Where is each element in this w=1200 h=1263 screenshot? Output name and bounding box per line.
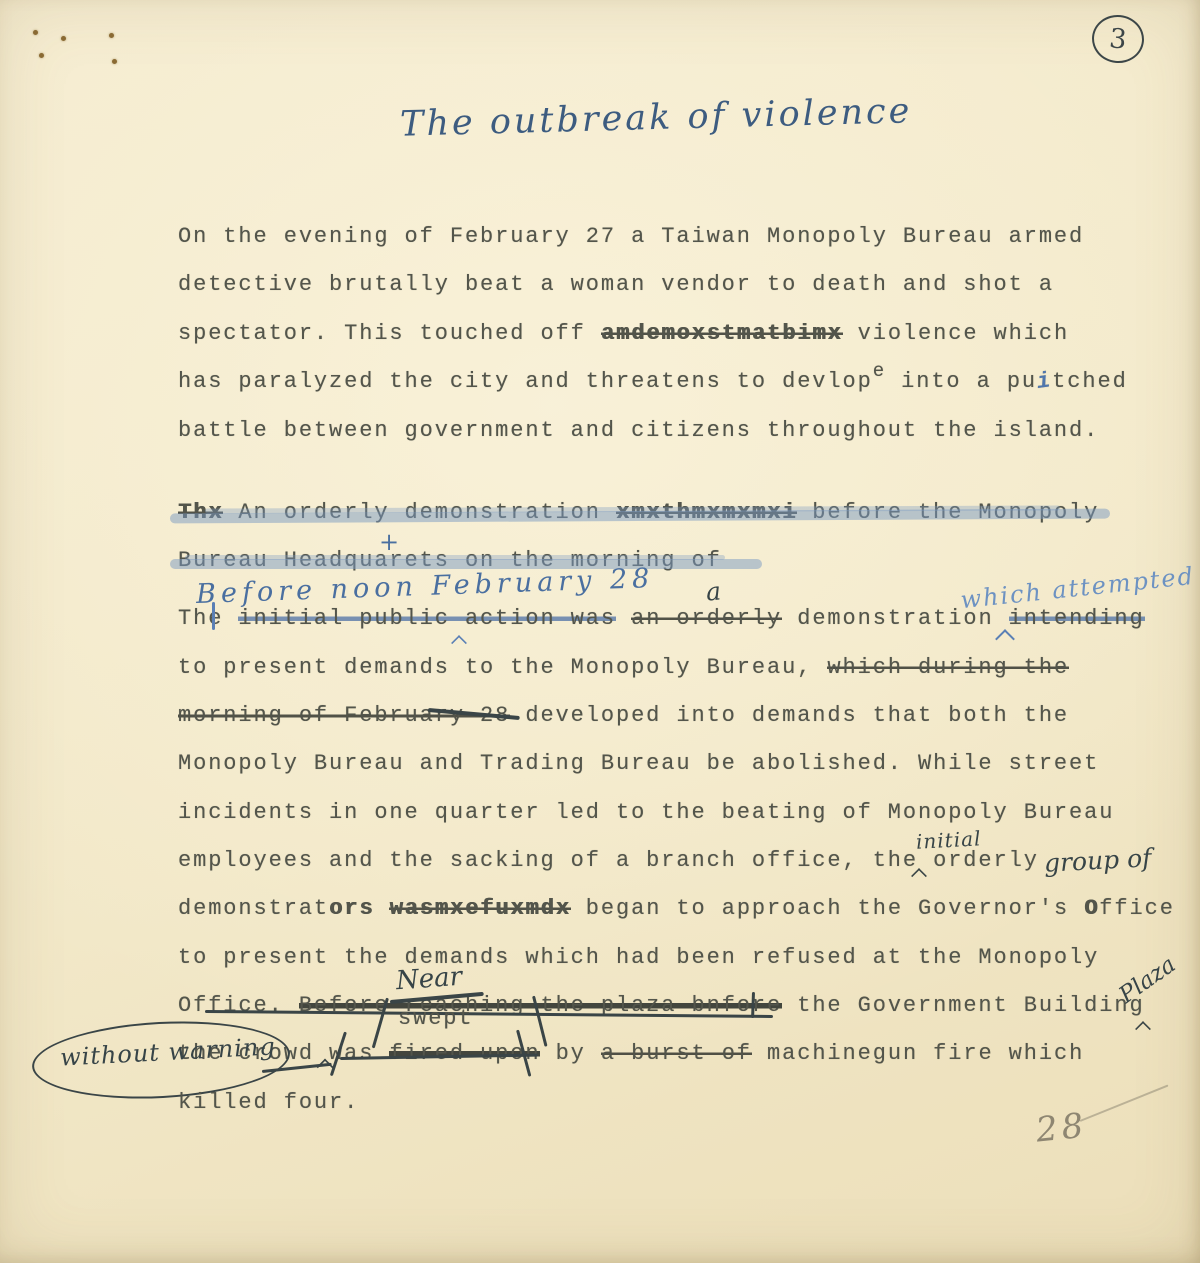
caret-mark bbox=[451, 635, 467, 651]
typed-text: has paralyzed the city and threatens to … bbox=[178, 369, 873, 394]
typed-struck: morning of February 28 bbox=[178, 703, 510, 728]
typed-text: into a pu bbox=[886, 369, 1037, 394]
handwritten-initial: initial bbox=[915, 826, 982, 853]
typed-text: employees and the sacking of a branch of… bbox=[178, 848, 1039, 873]
rust-spot bbox=[109, 33, 114, 38]
typed-text: Monopoly Bureau and Trading Bureau be ab… bbox=[178, 751, 1099, 776]
rust-spot bbox=[33, 30, 38, 35]
typed-line: the crowd was fired upon by a burst of m… bbox=[178, 1041, 1084, 1067]
typed-text bbox=[616, 606, 631, 631]
typed-text: ffice bbox=[1099, 896, 1175, 921]
typed-text: to present the demands which had been re… bbox=[178, 945, 1099, 970]
caret-mark bbox=[1135, 1021, 1151, 1037]
typed-line: spectator. This touched off amdemoxstmat… bbox=[178, 321, 1069, 347]
typed-text: On the evening of February 27 a Taiwan M… bbox=[178, 224, 1084, 249]
typed-overstrike: O bbox=[1084, 896, 1099, 921]
blue-crayon-strike bbox=[185, 555, 725, 560]
typed-line: incidents in one quarter led to the beat… bbox=[178, 800, 1114, 826]
typed-line: battle between government and citizens t… bbox=[178, 418, 1099, 444]
typed-struck: a burst of bbox=[601, 1041, 752, 1066]
typed-line: to present the demands which had been re… bbox=[178, 945, 1099, 971]
typed-struck-blue: intending bbox=[1009, 606, 1145, 631]
typed-text: killed four. bbox=[178, 1090, 359, 1115]
typed-text: violence which bbox=[843, 321, 1070, 346]
typed-text: developed into demands that both the bbox=[510, 703, 1069, 728]
typed-text: began to approach the Governor's bbox=[586, 896, 1084, 921]
typed-text: battle between government and citizens t… bbox=[178, 418, 1099, 443]
manuscript-page: 3 The outbreak of violence On the evenin… bbox=[0, 0, 1200, 1263]
typed-text: demonstrat bbox=[178, 896, 329, 921]
handwritten-plaza: Plaza bbox=[1115, 952, 1181, 1009]
typed-line: to present demands to the Monopoly Burea… bbox=[178, 655, 1069, 681]
typed-overstrike: wasmxefuxmdx bbox=[389, 896, 570, 921]
typed-line: Monopoly Bureau and Trading Bureau be ab… bbox=[178, 751, 1099, 777]
typed-text: detective brutally beat a woman vendor t… bbox=[178, 272, 1054, 297]
typed-text: the Government Building bbox=[782, 993, 1144, 1018]
typed-text: to present demands to the Monopoly Burea… bbox=[178, 655, 827, 680]
typed-text: spectator. This touched off bbox=[178, 321, 601, 346]
typed-text: incidents in one quarter led to the beat… bbox=[178, 800, 1114, 825]
pencil-number: 28 bbox=[1034, 1105, 1089, 1150]
blue-crayon-strike bbox=[170, 559, 762, 569]
typed-insert-swept: swept bbox=[398, 1006, 474, 1032]
caret-mark bbox=[995, 629, 1015, 649]
typed-text: tched bbox=[1052, 369, 1128, 394]
typed-text: swept bbox=[398, 1006, 474, 1031]
typed-line: employees and the sacking of a branch of… bbox=[178, 848, 1039, 874]
typed-line: demonstrators wasmxefuxmdx began to appr… bbox=[178, 896, 1175, 922]
typed-text: machinegun fire which bbox=[752, 1041, 1084, 1066]
typed-line: has paralyzed the city and threatens to … bbox=[178, 369, 1128, 395]
typed-overstrike: amdemoxstmatbimx bbox=[601, 321, 843, 346]
insertion-plus-mark: + bbox=[379, 528, 399, 556]
typed-superscript-e: e bbox=[873, 360, 886, 382]
typed-struck-blue: initial public action was bbox=[238, 606, 616, 631]
rust-spot bbox=[112, 59, 117, 64]
typed-text: Office. bbox=[178, 993, 299, 1018]
typed-line: On the evening of February 27 a Taiwan M… bbox=[178, 224, 1084, 250]
blue-tick-mark bbox=[212, 602, 215, 630]
typed-text bbox=[374, 896, 389, 921]
typed-text: by bbox=[540, 1041, 600, 1066]
page-title: The outbreak of violence bbox=[400, 91, 913, 144]
typed-text bbox=[571, 896, 586, 921]
pencil-stray-stroke bbox=[1080, 1084, 1169, 1121]
handwritten-a-replacement: a bbox=[705, 576, 722, 606]
typed-struck: which during the bbox=[827, 655, 1069, 680]
typed-text: The bbox=[178, 606, 238, 631]
handwritten-group-of: group of bbox=[1043, 843, 1152, 878]
handwritten-near: Near bbox=[395, 962, 463, 997]
rust-spot bbox=[39, 53, 44, 58]
typed-struck: an orderly bbox=[631, 606, 782, 631]
page-number: 3 bbox=[1108, 23, 1128, 56]
rust-spot bbox=[61, 36, 66, 41]
typed-line: detective brutally beat a woman vendor t… bbox=[178, 272, 1054, 298]
typed-line: killed four. bbox=[178, 1090, 359, 1116]
typed-line: morning of February 28 developed into de… bbox=[178, 703, 1069, 729]
typed-overstrike: ors bbox=[329, 896, 374, 921]
page-number-circled: 3 bbox=[1090, 12, 1147, 65]
